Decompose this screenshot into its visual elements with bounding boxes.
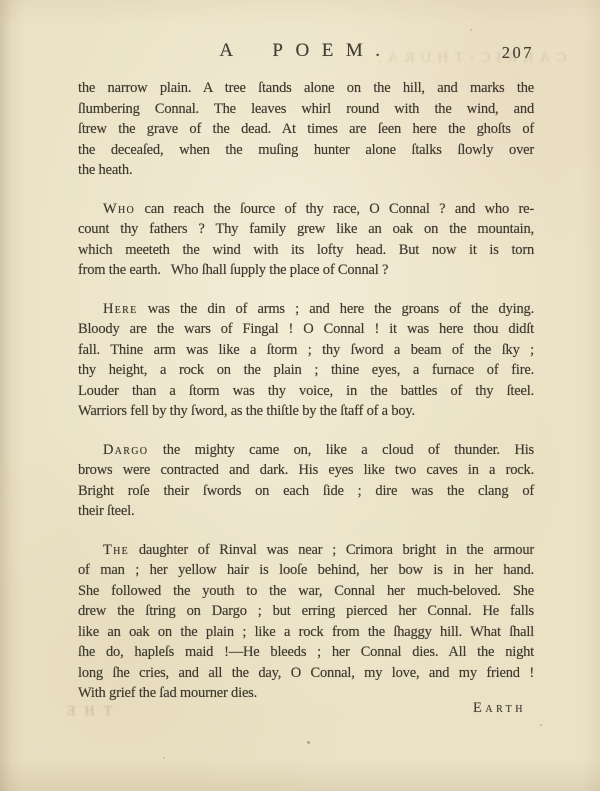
text-segment: Warriors fell by thy ſword, as the thiſt… <box>78 403 415 419</box>
text-line: from the earth. Who ſhall ſupply the pla… <box>78 260 534 281</box>
text-line: the narrow plain. A tree ſtands alone on… <box>78 78 534 99</box>
running-head: A POEM. <box>219 40 392 62</box>
text-line: Bloody are the wars of Fingal ! O Connal… <box>78 319 534 340</box>
text-line: the deceaſed, when the muſing hunter alo… <box>78 140 534 161</box>
text-segment: count thy fathers ? Thy family grew like… <box>78 221 534 237</box>
text-segment: from the earth. Who ſhall ſupply the pla… <box>78 262 388 278</box>
text-line: Here was the din of arms ; and here the … <box>78 299 534 320</box>
text-line: their ſteel. <box>78 501 534 522</box>
paragraph: the narrow plain. A tree ſtands alone on… <box>78 78 534 181</box>
text-segment: brows were contracted and dark. His eyes… <box>78 462 534 478</box>
text-segment: Louder than a ſtorm was thy voice, in th… <box>78 383 534 399</box>
text-segment: ſlumbering Connal. The leaves whirl roun… <box>78 101 534 117</box>
text-segment: the narrow plain. A tree ſtands alone on… <box>78 80 534 96</box>
paper-speck <box>540 724 542 726</box>
text-line: Who can reach the ſource of thy race, O … <box>78 199 534 220</box>
text-line: like an oak on the plain ; like a rock f… <box>78 622 534 643</box>
text-segment: their ſteel. <box>78 503 134 519</box>
text-segment: which meeteth the wind with its lofty he… <box>78 242 534 258</box>
text-segment: the deceaſed, when the muſing hunter alo… <box>78 142 534 158</box>
text-segment: the mighty came on, like a cloud of thun… <box>148 442 534 458</box>
paragraph: Here was the din of arms ; and here the … <box>78 299 534 422</box>
text-segment: can reach the ſource of thy race, O Conn… <box>135 201 534 217</box>
text-segment: thy height, a rock on the plain ; thine … <box>78 362 534 378</box>
text-segment: the heath. <box>78 162 132 178</box>
text-segment: like an oak on the plain ; like a rock f… <box>78 624 534 640</box>
text-line: brows were contracted and dark. His eyes… <box>78 460 534 481</box>
small-caps-lead: Who <box>103 201 135 217</box>
paper-speck <box>96 268 98 270</box>
paragraph: Dargo the mighty came on, like a cloud o… <box>78 440 534 522</box>
text-segment: She followed the youth to the war, Conna… <box>78 583 534 599</box>
text-line: count thy fathers ? Thy family grew like… <box>78 219 534 240</box>
text-line: fall. Thine arm was like a ſtorm ; thy ſ… <box>78 340 534 361</box>
text-line: long ſhe cries, and all the day, O Conna… <box>78 663 534 684</box>
text-segment: was the din of arms ; and here the groan… <box>138 301 534 317</box>
text-line: ſlumbering Connal. The leaves whirl roun… <box>78 99 534 120</box>
paper-speck <box>307 741 310 744</box>
paper-speck <box>470 29 472 31</box>
text-line: ſhe do, hapleſs maid !—He bleeds ; her C… <box>78 642 534 663</box>
text-segment: With grief the ſad mourner dies. <box>78 685 257 701</box>
page-header: A POEM. 207 <box>78 40 534 66</box>
text-line: the heath. <box>78 160 534 181</box>
text-segment: ſtrew the grave of the dead. At times ar… <box>78 121 534 137</box>
small-caps-lead: The <box>103 542 129 558</box>
catchword: Earth <box>78 700 534 717</box>
text-segment: of man ; her yellow hair is looſe behind… <box>78 562 534 578</box>
small-caps-lead: Dargo <box>103 442 148 458</box>
paragraph: Who can reach the ſource of thy race, O … <box>78 199 534 281</box>
text-line: She followed the youth to the war, Conna… <box>78 581 534 602</box>
text-line: which meeteth the wind with its lofty he… <box>78 240 534 261</box>
text-segment: Bright roſe their ſwords on each ſide ; … <box>78 483 534 499</box>
paragraph: The daughter of Rinval was near ; Crimor… <box>78 540 534 704</box>
text-segment: fall. Thine arm was like a ſtorm ; thy ſ… <box>78 342 534 358</box>
book-page: CARRIC-THURA. THE A POEM. 207 the narrow… <box>0 0 600 791</box>
text-line: thy height, a rock on the plain ; thine … <box>78 360 534 381</box>
text-line: Dargo the mighty came on, like a cloud o… <box>78 440 534 461</box>
body-text: the narrow plain. A tree ſtands alone on… <box>78 78 534 704</box>
text-line: drew the ſtring on Dargo ; but erring pi… <box>78 601 534 622</box>
text-line: The daughter of Rinval was near ; Crimor… <box>78 540 534 561</box>
text-line: of man ; her yellow hair is looſe behind… <box>78 560 534 581</box>
text-line: Warriors fell by thy ſword, as the thiſt… <box>78 401 534 422</box>
text-segment: long ſhe cries, and all the day, O Conna… <box>78 665 534 681</box>
text-line: Bright roſe their ſwords on each ſide ; … <box>78 481 534 502</box>
small-caps-lead: Here <box>103 301 138 317</box>
text-segment: ſhe do, hapleſs maid !—He bleeds ; her C… <box>78 644 534 660</box>
text-line: Louder than a ſtorm was thy voice, in th… <box>78 381 534 402</box>
text-segment: Bloody are the wars of Fingal ! O Connal… <box>78 321 534 337</box>
text-line: ſtrew the grave of the dead. At times ar… <box>78 119 534 140</box>
paper-speck <box>163 757 165 759</box>
page-number: 207 <box>502 43 534 63</box>
text-segment: daughter of Rinval was near ; Crimora br… <box>129 542 534 558</box>
text-segment: drew the ſtring on Dargo ; but erring pi… <box>78 603 534 619</box>
